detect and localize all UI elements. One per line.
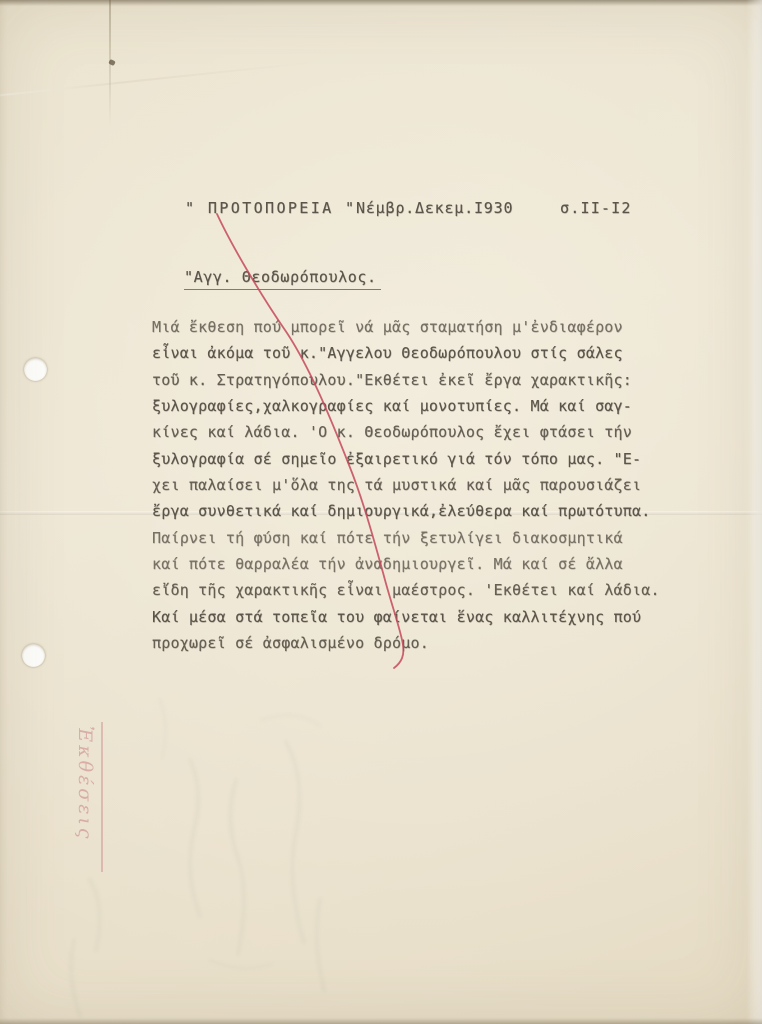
top-left-crease xyxy=(0,61,319,97)
body-line: κίνες καί λάδια. 'Ο κ. Θεοδωρόπουλος ἔχε… xyxy=(152,423,652,449)
page-reference: σ.ΙΙ-Ι2 xyxy=(560,199,632,217)
body-line: εἴδη τῆς χαρακτικῆς εἶναι μαέστρος. 'Εκθ… xyxy=(152,581,652,607)
margin-note-underline xyxy=(101,722,103,872)
punch-hole-top xyxy=(24,358,47,381)
article-body: Μιά ἔκθεση πού μπορεῖ νά μᾶς σταματήση μ… xyxy=(152,318,652,660)
body-line: εἶναι ἀκόμα τοῦ κ."Αγγελου Θεοδωρόπουλου… xyxy=(152,344,652,370)
paper-bottom-edge xyxy=(0,1018,762,1024)
margin-note-handwritten: Ἐκθέσεις xyxy=(74,726,96,842)
scanned-document-page: Ἐκθέσεις " ΠΡΟΤΟΠΟΡΕΙΑ " Νέμβρ.Δεκεμ.Ι93… xyxy=(0,0,762,1024)
publication-name: " ΠΡΟΤΟΠΟΡΕΙΑ " xyxy=(185,199,356,217)
body-line: ἔργα συνθετικά καί δημιουργικά,ἐλεύθερα … xyxy=(152,502,652,528)
body-line: Μιά ἔκθεση πού μπορεῖ νά μᾶς σταματήση μ… xyxy=(152,318,652,344)
punch-hole-bottom xyxy=(22,644,45,667)
issue-date: Νέμβρ.Δεκεμ.Ι930 xyxy=(356,199,513,217)
body-line: προχωρεῖ σέ ἀσφαλισμένο δρόμο. xyxy=(152,634,652,660)
article-title: "Αγγ. Θεοδωρόπουλος. xyxy=(184,268,381,290)
body-line: Καί μέσα στά τοπεῖα του φαίνεται ἕνας κα… xyxy=(152,608,652,634)
body-line: χει παλαίσει μ'ὅλα της τά μυστικά καί μᾶ… xyxy=(152,476,652,502)
body-line: ξυλογραφία σέ σημεῖο ἐξαιρετικό γιά τόν … xyxy=(152,450,652,476)
body-line: ξυλογραφίες,χαλκογραφίες καί μονοτυπίες.… xyxy=(152,397,652,423)
body-line: τοῦ κ. Στρατηγόπουλου."Εκθέτει ἐκεῖ ἔργα… xyxy=(152,371,652,397)
body-line: Παίρνει τή φύση καί πότε τήν ξετυλίγει δ… xyxy=(152,529,652,555)
paper-top-edge xyxy=(0,0,762,6)
body-line: καί πότε θαρραλέα τήν ἀναδημιουργεῖ. Μά … xyxy=(152,555,652,581)
paper-right-edge xyxy=(746,0,762,1024)
